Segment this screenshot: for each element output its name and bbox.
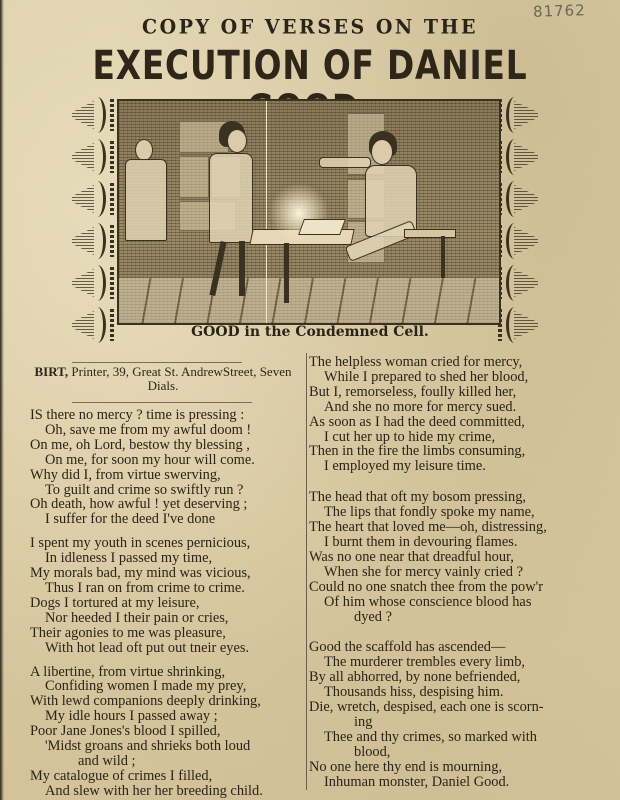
verse-line: To guilt and crime so swiftly run ? bbox=[30, 483, 305, 498]
verse-line: The helpless woman cried for mercy, bbox=[309, 355, 614, 370]
verse-line: While I prepared to shed her blood, bbox=[309, 370, 614, 385]
verse-line: The heart that loved me—oh, distressing, bbox=[309, 520, 614, 535]
verse-line: I spent my youth in scenes pernicious, bbox=[30, 536, 305, 551]
bench-icon bbox=[404, 229, 456, 238]
verse-line: A libertine, from virtue shrinking, bbox=[30, 665, 305, 680]
verse-line: ing bbox=[309, 715, 614, 730]
verse-line: Poor Jane Jones's blood I spilled, bbox=[30, 724, 305, 739]
verse-line: I suffer for the deed I've done bbox=[30, 512, 305, 527]
stanza: The helpless woman cried for mercy, Whil… bbox=[309, 355, 614, 474]
verse-line: dyed ? bbox=[309, 610, 614, 625]
stanza: IS there no mercy ? time is pressing : O… bbox=[30, 408, 305, 527]
stanza: A libertine, from virtue shrinking, Conf… bbox=[30, 665, 305, 799]
stanza: I spent my youth in scenes pernicious, I… bbox=[30, 536, 305, 655]
verse-line: Nor heeded I their pain or cries, bbox=[30, 611, 305, 626]
verse-line: I employed my leisure time. bbox=[309, 459, 614, 474]
verse-line: In idleness I passed my time, bbox=[30, 551, 305, 566]
verse-line: With hot lead oft put out tneir eyes. bbox=[30, 641, 305, 656]
verse-line: And she no more for mercy sued. bbox=[309, 400, 614, 415]
verse-column-right: The helpless woman cried for mercy, Whil… bbox=[309, 355, 614, 798]
verse-column-left: IS there no mercy ? time is pressing : O… bbox=[30, 408, 305, 800]
verse-line: Could no one snatch thee from the pow'r bbox=[309, 580, 614, 595]
printer-address: Printer, 39, Great St. AndrewStreet, Sev… bbox=[68, 364, 291, 379]
title-line-1: COPY OF VERSES ON THE bbox=[0, 15, 620, 38]
verse-line: Die, wretch, despised, each one is scorn… bbox=[309, 700, 614, 715]
open-book-icon bbox=[298, 219, 346, 235]
printer-address-line2: Dials. bbox=[22, 379, 304, 393]
figure-jailer-icon bbox=[125, 159, 167, 241]
verse-line: Was no one near that dreadful hour, bbox=[309, 550, 614, 565]
verse-line: Their agonies to me was pleasure, bbox=[30, 626, 305, 641]
verse-line: The lips that fondly spoke my name, bbox=[309, 505, 614, 520]
verse-line: With lewd companions deeply drinking, bbox=[30, 694, 305, 709]
illustration-caption: GOOD in the Condemned Cell. bbox=[0, 324, 620, 340]
verse-line: As soon as I had the deed committed, bbox=[309, 415, 614, 430]
verse-line: 'Midst groans and shrieks both loud bbox=[30, 739, 305, 754]
verse-line: I burnt them in devouring flames. bbox=[309, 535, 614, 550]
verse-line: Thee and thy crimes, so marked with bbox=[309, 730, 614, 745]
verse-line: Why did I, from virtue swerving, bbox=[30, 468, 305, 483]
verse-line: Oh death, how awful ! yet deserving ; bbox=[30, 497, 305, 512]
verse-line: By all abhorred, by none befriended, bbox=[309, 670, 614, 685]
verse-line: On me, oh Lord, bestow thy blessing , bbox=[30, 438, 305, 453]
figure-chaplain-head-icon bbox=[227, 129, 247, 153]
verse-line: The murderer trembles every limb, bbox=[309, 655, 614, 670]
figure-jailer-head-icon bbox=[135, 139, 153, 161]
verse-line: Dogs I tortured at my leisure, bbox=[30, 596, 305, 611]
ornament-border-right-icon bbox=[500, 95, 526, 345]
verse-line: Inhuman monster, Daniel Good. bbox=[309, 775, 614, 790]
verse-line: Thousands hiss, despising him. bbox=[309, 685, 614, 700]
verse-line: Thus I ran on from crime to crime. bbox=[30, 581, 305, 596]
verse-line: The head that oft my bosom pressing, bbox=[309, 490, 614, 505]
verse-line: Good the scaffold has ascended— bbox=[309, 640, 614, 655]
verse-line: My idle hours I passed away ; bbox=[30, 709, 305, 724]
ornament-border-left-icon bbox=[86, 95, 112, 345]
stanza: The head that oft my bosom pressing, The… bbox=[309, 490, 614, 624]
verse-line: On me, for soon my hour will come. bbox=[30, 453, 305, 468]
verse-line: My catalogue of crimes I filled, bbox=[30, 769, 305, 784]
verse-line: My morals bad, my mind was vicious, bbox=[30, 566, 305, 581]
imprint-rule-bottom bbox=[72, 402, 252, 403]
printer-imprint: BIRT, Printer, 39, Great St. AndrewStree… bbox=[22, 365, 304, 393]
page-edge-shadow bbox=[0, 0, 4, 800]
imprint-rule-top bbox=[72, 362, 242, 363]
verse-line: blood, bbox=[309, 745, 614, 760]
figure-chaplain-icon bbox=[209, 153, 253, 243]
verse-line: Confiding women I made my prey, bbox=[30, 679, 305, 694]
verse-line: and wild ; bbox=[30, 754, 305, 769]
verse-line: But I, remorseless, foully killed her, bbox=[309, 385, 614, 400]
column-divider bbox=[306, 353, 307, 790]
verse-line: No one here thy end is mourning, bbox=[309, 760, 614, 775]
verse-line: I cut her up to hide my crime, bbox=[309, 430, 614, 445]
verse-line: Of him whose conscience blood has bbox=[309, 595, 614, 610]
verse-line: And slew with her her breeding child. bbox=[30, 784, 305, 799]
verse-line: Then in the fire the limbs consuming, bbox=[309, 444, 614, 459]
woodcut-illustration bbox=[117, 99, 501, 325]
verse-line: Oh, save me from my awful doom ! bbox=[30, 423, 305, 438]
figure-prisoner-head-icon bbox=[371, 139, 393, 165]
printer-name: BIRT, bbox=[35, 364, 69, 379]
verse-line: IS there no mercy ? time is pressing : bbox=[30, 408, 305, 423]
stanza: Good the scaffold has ascended— The murd… bbox=[309, 640, 614, 789]
verse-line: When she for mercy vainly cried ? bbox=[309, 565, 614, 580]
